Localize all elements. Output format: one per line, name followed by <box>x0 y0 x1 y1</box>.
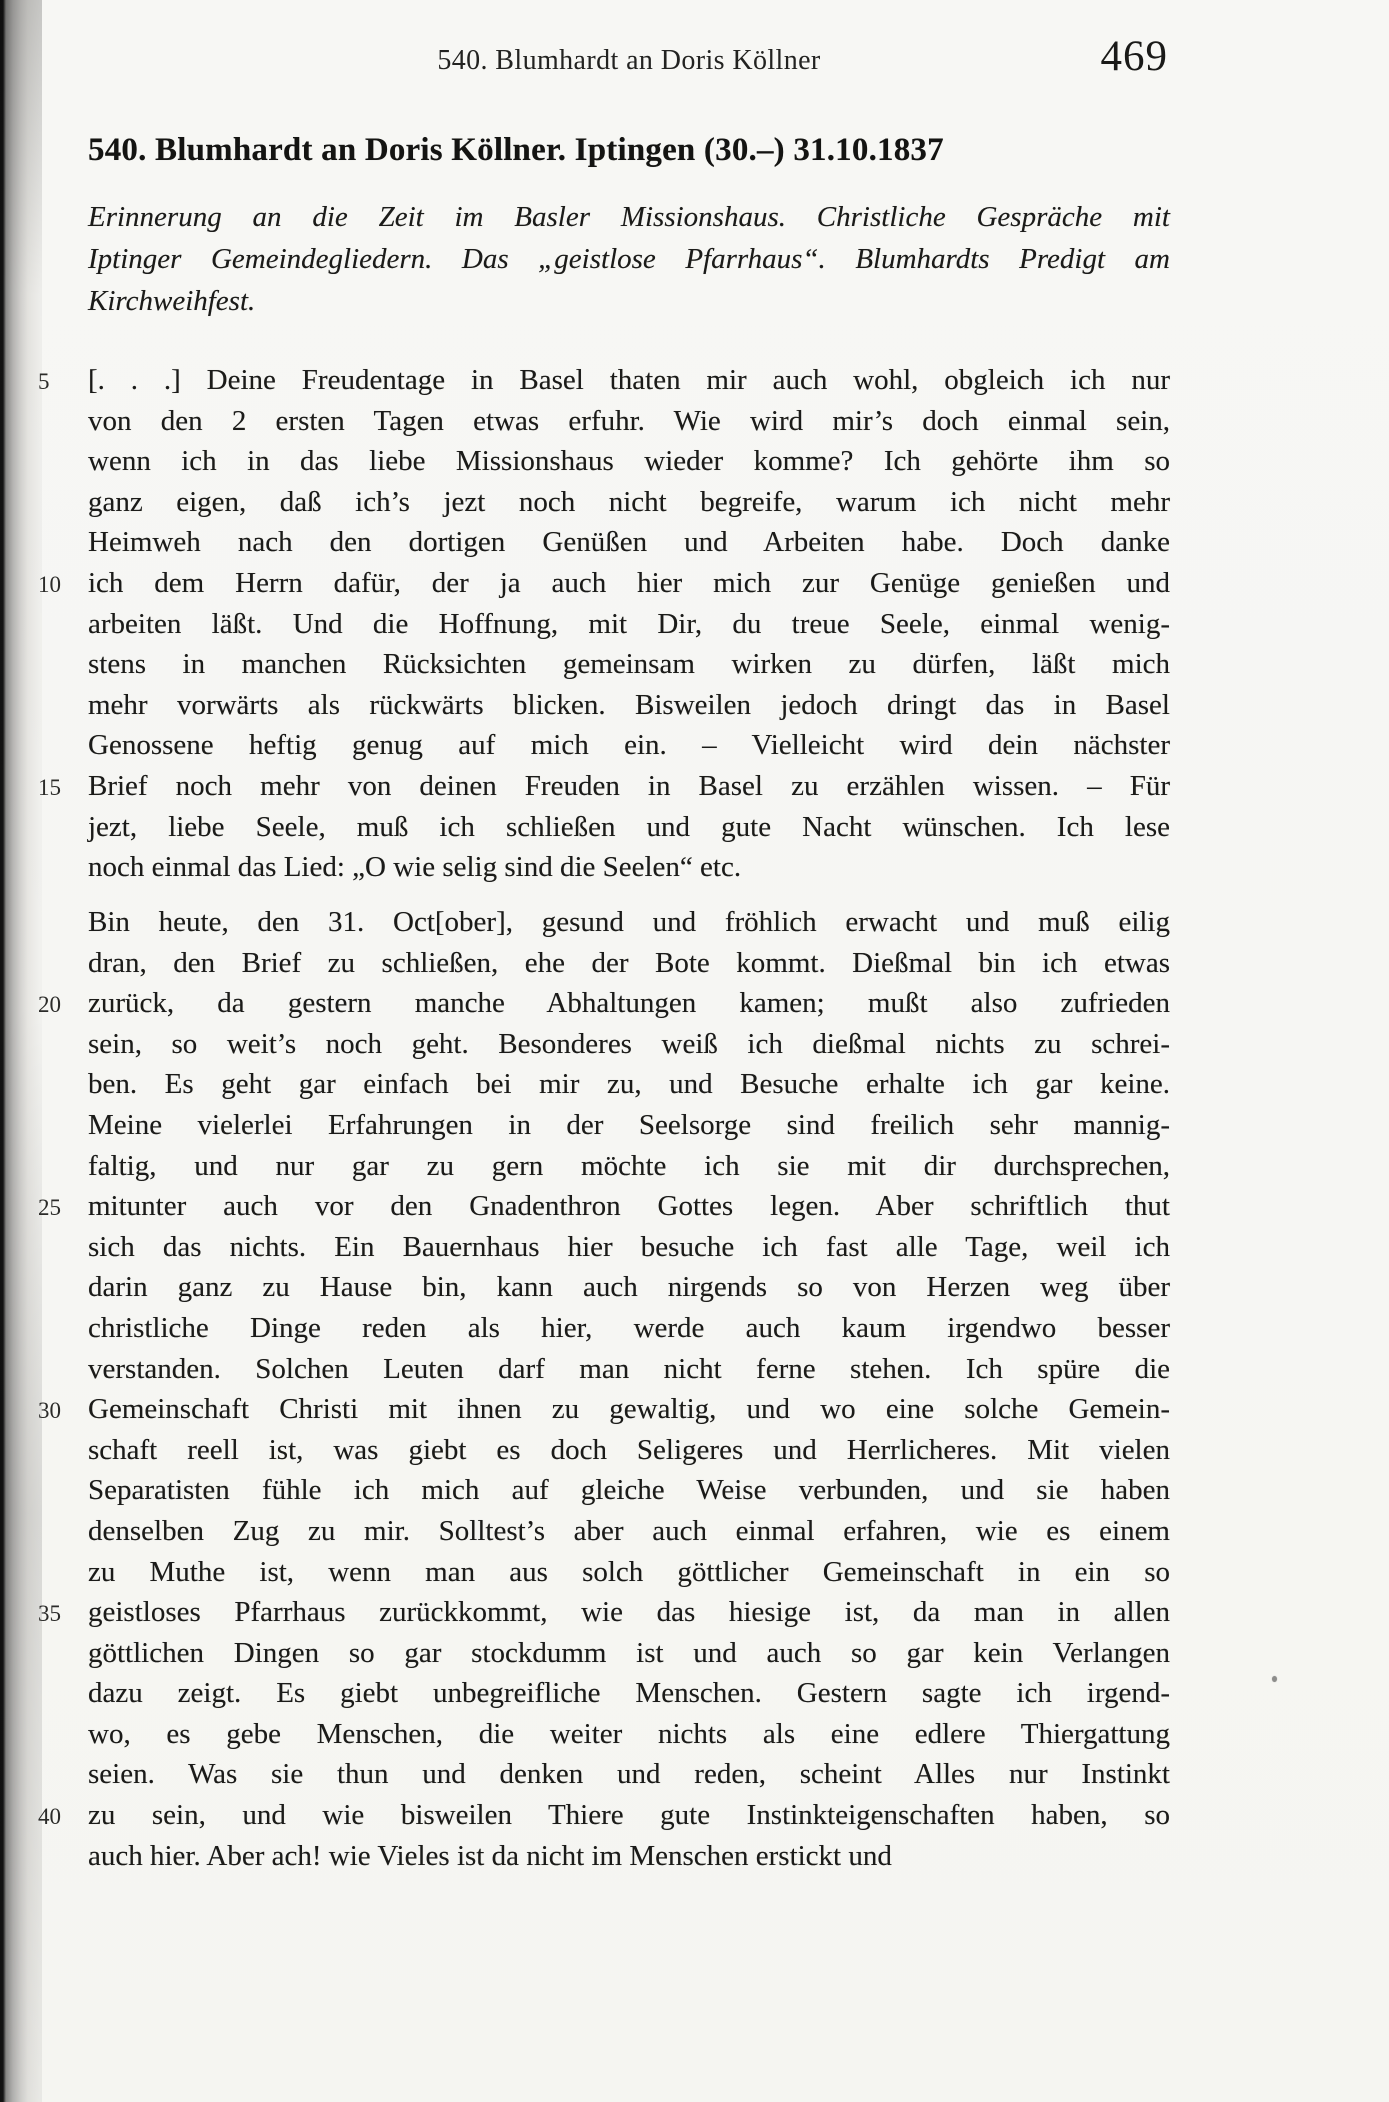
letter-heading: 540. Blumhardt an Doris Köllner. Iptinge… <box>88 130 1170 170</box>
summary-line: Erinnerung an die Zeit im Basler Mission… <box>88 196 1170 238</box>
letter-line-text: Bin heute, den 31. Oct[ober], gesund und… <box>88 906 1170 938</box>
letter-line: faltig, und nur gar zu gern möchte ich s… <box>88 1146 1170 1187</box>
margin-line-number: 40 <box>38 1797 62 1838</box>
letter-line: zu Muthe ist, wenn man aus solch göttlic… <box>88 1552 1170 1593</box>
letter-line-text: noch einmal das Lied: „O wie selig sind … <box>88 851 741 883</box>
running-header: 540. Blumhardt an Doris Köllner 469 <box>88 44 1170 84</box>
letter-line-text: dazu zeigt. Es giebt unbegreifliche Mens… <box>88 1677 1170 1709</box>
letter-line: 10ich dem Herrn dafür, der ja auch hier … <box>88 563 1170 604</box>
letter-line-text: zu sein, und wie bisweilen Thiere gute I… <box>88 1799 1170 1831</box>
letter-paragraph-2: Bin heute, den 31. Oct[ober], gesund und… <box>88 902 1170 1876</box>
letter-line-text: seien. Was sie thun und denken und reden… <box>88 1758 1170 1790</box>
letter-line: auch hier. Aber ach! wie Vieles ist da n… <box>88 1836 1170 1877</box>
letter-line-text: zurück, da gestern manche Abhaltungen ka… <box>88 987 1170 1019</box>
margin-line-number: 5 <box>38 362 62 403</box>
margin-line-number: 10 <box>38 565 62 606</box>
letter-line-text: faltig, und nur gar zu gern möchte ich s… <box>88 1150 1170 1182</box>
letter-line: denselben Zug zu mir. Solltest’s aber au… <box>88 1511 1170 1552</box>
letter-line: jezt, liebe Seele, muß ich schließen und… <box>88 807 1170 848</box>
letter-paragraph-1: 5[. . .] Deine Freudentage in Basel that… <box>88 360 1170 888</box>
letter-line-text: ben. Es geht gar einfach bei mir zu, und… <box>88 1068 1170 1100</box>
letter-line-text: Brief noch mehr von deinen Freuden in Ba… <box>88 770 1170 802</box>
letter-line: wenn ich in das liebe Missionshaus wiede… <box>88 441 1170 482</box>
letter-line-text: dran, den Brief zu schließen, ehe der Bo… <box>88 947 1170 979</box>
margin-line-number: 15 <box>38 768 62 809</box>
letter-line-text: denselben Zug zu mir. Solltest’s aber au… <box>88 1515 1170 1547</box>
letter-line: Separatisten fühle ich mich auf gleiche … <box>88 1470 1170 1511</box>
letter-line: sein, so weit’s noch geht. Besonderes we… <box>88 1024 1170 1065</box>
page-number: 469 <box>1101 35 1169 78</box>
margin-line-number: 20 <box>38 985 62 1026</box>
letter-line-text: darin ganz zu Hause bin, kann auch nirge… <box>88 1271 1170 1303</box>
letter-line-text: verstanden. Solchen Leuten darf man nich… <box>88 1353 1170 1385</box>
letter-line: 30Gemeinschaft Christi mit ihnen zu gewa… <box>88 1389 1170 1430</box>
summary-line-text: Kirchweihfest. <box>88 285 255 317</box>
letter-line: 25mitunter auch vor den Gnadenthron Gott… <box>88 1186 1170 1227</box>
letter-line-text: mehr vorwärts als rückwärts blicken. Bis… <box>88 689 1170 721</box>
letter-line-text: ich dem Herrn dafür, der ja auch hier mi… <box>88 567 1170 599</box>
letter-line-text: [. . .] Deine Freudentage in Basel thate… <box>88 364 1170 396</box>
letter-line-text: arbeiten läßt. Und die Hoffnung, mit Dir… <box>88 608 1170 640</box>
letter-line: noch einmal das Lied: „O wie selig sind … <box>88 847 1170 888</box>
letter-line-text: Separatisten fühle ich mich auf gleiche … <box>88 1474 1170 1506</box>
summary-line-text: Iptinger Gemeindegliedern. Das „geistlos… <box>88 243 1170 275</box>
letter-line: 5[. . .] Deine Freudentage in Basel that… <box>88 360 1170 401</box>
letter-line-text: sein, so weit’s noch geht. Besonderes we… <box>88 1028 1170 1060</box>
letter-line-text: sich das nichts. Ein Bauernhaus hier bes… <box>88 1231 1170 1263</box>
letter-line: ben. Es geht gar einfach bei mir zu, und… <box>88 1064 1170 1105</box>
letter-line: dran, den Brief zu schließen, ehe der Bo… <box>88 943 1170 984</box>
letter-line-text: wo, es gebe Menschen, die weiter nichts … <box>88 1718 1170 1750</box>
letter-line: von den 2 ersten Tagen etwas erfuhr. Wie… <box>88 401 1170 442</box>
letter-line-text: auch hier. Aber ach! wie Vieles ist da n… <box>88 1840 892 1872</box>
letter-line: schaft reell ist, was giebt es doch Seli… <box>88 1430 1170 1471</box>
letter-line-text: mitunter auch vor den Gnadenthron Gottes… <box>88 1190 1170 1222</box>
letter-line-text: von den 2 ersten Tagen etwas erfuhr. Wie… <box>88 405 1170 437</box>
letter-line-text: Meine vielerlei Erfahrungen in der Seels… <box>88 1109 1170 1141</box>
letter-line: wo, es gebe Menschen, die weiter nichts … <box>88 1714 1170 1755</box>
letter-line: arbeiten läßt. Und die Hoffnung, mit Dir… <box>88 604 1170 645</box>
letter-line: stens in manchen Rücksichten gemeinsam w… <box>88 644 1170 685</box>
letter-line: Heimweh nach den dortigen Genüßen und Ar… <box>88 522 1170 563</box>
letter-line: Genossene heftig genug auf mich ein. – V… <box>88 725 1170 766</box>
letter-line: verstanden. Solchen Leuten darf man nich… <box>88 1349 1170 1390</box>
letter-line-text: Genossene heftig genug auf mich ein. – V… <box>88 729 1170 761</box>
margin-line-number: 30 <box>38 1391 62 1432</box>
letter-line: christliche Dinge reden als hier, werde … <box>88 1308 1170 1349</box>
letter-line: 20zurück, da gestern manche Abhaltungen … <box>88 983 1170 1024</box>
letter-line: 15Brief noch mehr von deinen Freuden in … <box>88 766 1170 807</box>
letter-line: dazu zeigt. Es giebt unbegreifliche Mens… <box>88 1673 1170 1714</box>
letter-line-text: ganz eigen, daß ich’s jezt noch nicht be… <box>88 486 1170 518</box>
letter-line-text: christliche Dinge reden als hier, werde … <box>88 1312 1170 1344</box>
running-header-title: 540. Blumhardt an Doris Köllner <box>437 45 820 76</box>
letter-line-text: Gemeinschaft Christi mit ihnen zu gewalt… <box>88 1393 1170 1425</box>
letter-summary: Erinnerung an die Zeit im Basler Mission… <box>88 196 1170 322</box>
letter-line: Bin heute, den 31. Oct[ober], gesund und… <box>88 902 1170 943</box>
scan-edge-shadow <box>0 0 42 2102</box>
letter-line-text: jezt, liebe Seele, muß ich schließen und… <box>88 811 1170 843</box>
letter-line: ganz eigen, daß ich’s jezt noch nicht be… <box>88 482 1170 523</box>
letter-line-text: göttlichen Dingen so gar stockdumm ist u… <box>88 1637 1170 1669</box>
letter-line: 40zu sein, und wie bisweilen Thiere gute… <box>88 1795 1170 1836</box>
letter-line-text: Heimweh nach den dortigen Genüßen und Ar… <box>88 526 1170 558</box>
letter-line-text: stens in manchen Rücksichten gemeinsam w… <box>88 648 1170 680</box>
margin-line-number: 35 <box>38 1594 62 1635</box>
letter-line: darin ganz zu Hause bin, kann auch nirge… <box>88 1267 1170 1308</box>
letter-line: Meine vielerlei Erfahrungen in der Seels… <box>88 1105 1170 1146</box>
book-page-scan: 540. Blumhardt an Doris Köllner 469 540.… <box>0 0 1389 2102</box>
letter-line: 35geistloses Pfarrhaus zurückkommt, wie … <box>88 1592 1170 1633</box>
letter-line: seien. Was sie thun und denken und reden… <box>88 1754 1170 1795</box>
letter-line: mehr vorwärts als rückwärts blicken. Bis… <box>88 685 1170 726</box>
letter-line-text: geistloses Pfarrhaus zurückkommt, wie da… <box>88 1596 1170 1628</box>
summary-line: Kirchweihfest. <box>88 280 1170 322</box>
margin-line-number: 25 <box>38 1188 62 1229</box>
letter-line: sich das nichts. Ein Bauernhaus hier bes… <box>88 1227 1170 1268</box>
letter-line-text: schaft reell ist, was giebt es doch Seli… <box>88 1434 1170 1466</box>
summary-line: Iptinger Gemeindegliedern. Das „geistlos… <box>88 238 1170 280</box>
ink-speck <box>1272 1676 1277 1682</box>
letter-line-text: wenn ich in das liebe Missionshaus wiede… <box>88 445 1170 477</box>
summary-line-text: Erinnerung an die Zeit im Basler Mission… <box>88 201 1170 233</box>
letter-line-text: zu Muthe ist, wenn man aus solch göttlic… <box>88 1556 1170 1588</box>
letter-line: göttlichen Dingen so gar stockdumm ist u… <box>88 1633 1170 1674</box>
